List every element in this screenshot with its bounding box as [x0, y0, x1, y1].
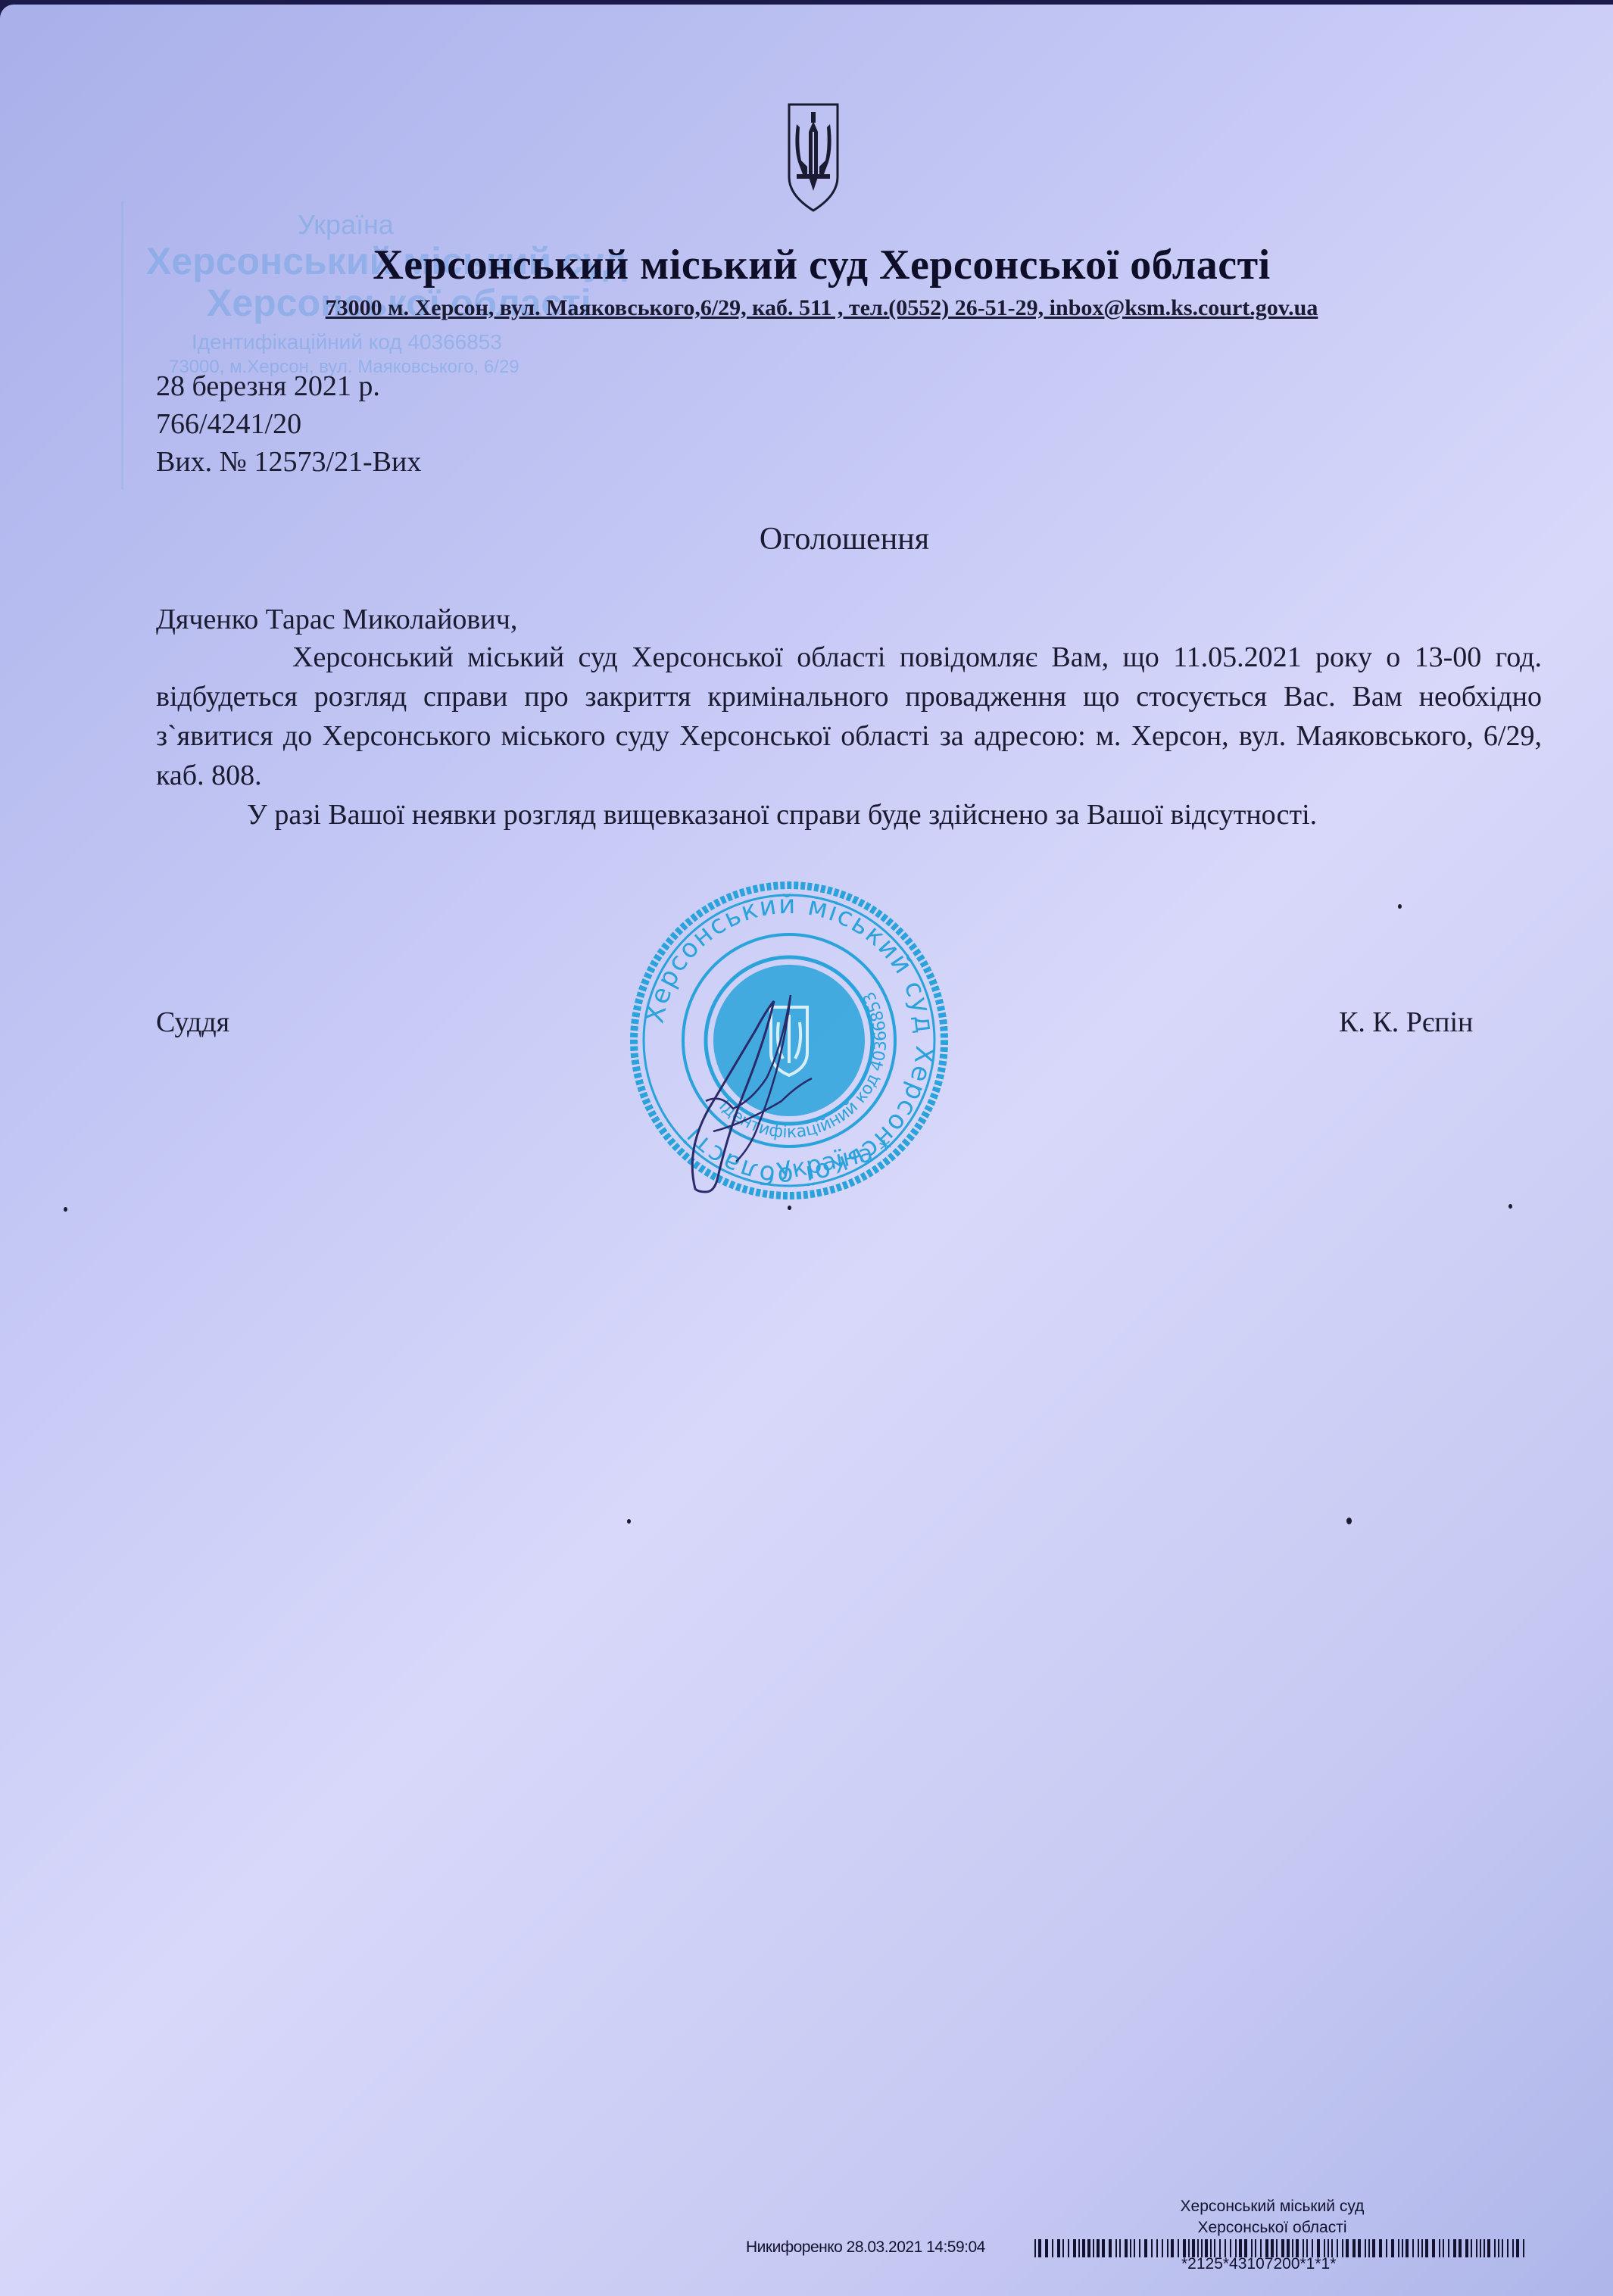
ukraine-trident-icon [786, 101, 841, 214]
notice-paragraph: Херсонський міський суд Херсонської обла… [156, 638, 1542, 795]
stray-dot [1398, 904, 1402, 909]
addressee: Дяченко Тарас Миколайович, [156, 603, 517, 636]
judge-name: К. К. Рєпін [1339, 1006, 1473, 1039]
stray-dot [1346, 1518, 1352, 1524]
registrar-stamp: Никифоренко 28.03.2021 14:59:04 [746, 2238, 985, 2257]
stray-dot [788, 1206, 791, 1210]
document-page: Україна Херсонський міський суд Херсонсь… [0, 5, 1613, 2296]
document-date: 28 березня 2021 р. [156, 370, 380, 403]
stray-dot [64, 1207, 67, 1212]
judge-label: Суддя [156, 1006, 229, 1039]
notice-title: Оголошення [0, 521, 1613, 557]
stamp-code: Ідентифікаційний код 40366853 [192, 330, 502, 354]
case-number: 766/4241/20 [156, 407, 301, 441]
official-seal-icon: Херсонський міський суд Херсонської обла… [622, 874, 956, 1207]
notice-paragraph: У разі Вашої неявки розгляд вищевказаної… [156, 795, 1542, 834]
court-name-heading: Херсонський міський суд Херсонської обла… [0, 241, 1613, 289]
barcode-number: *2125*43107200*1*1* [1181, 2255, 1336, 2273]
court-address-line: 73000 м. Херсон, вул. Маяковського,6/29,… [0, 295, 1613, 321]
stamp-country: Україна [298, 209, 394, 241]
footer-org-region: Херсонської області [1121, 2219, 1424, 2237]
stray-dot [1508, 1204, 1512, 1209]
stray-dot [627, 1519, 631, 1524]
footer-org-name: Херсонський міський суд [1121, 2198, 1424, 2216]
outgoing-number: Вих. № 12573/21-Вих [156, 445, 421, 479]
notice-body: Херсонський міський суд Херсонської обла… [156, 638, 1542, 834]
